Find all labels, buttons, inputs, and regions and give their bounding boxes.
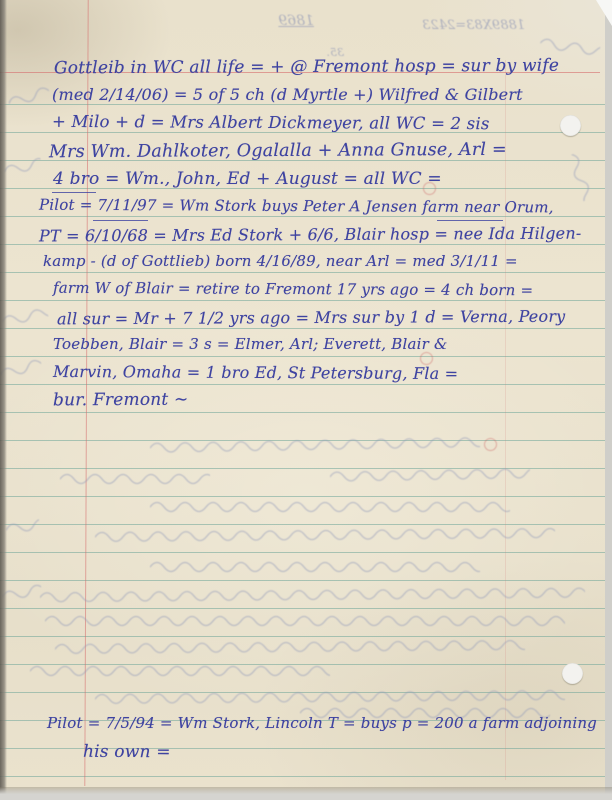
handwriting-underline — [52, 192, 96, 193]
handwriting-line: Toebben, Blair = 3 s = Elmer, Arl; Evere… — [53, 335, 448, 353]
bleedthrough-scribble — [30, 664, 330, 678]
handwriting-line: Marvin, Omaha = 1 bro Ed, St Petersburg,… — [53, 362, 458, 383]
handwriting-line: + Milo + d = Mrs Albert Dickmeyer, all W… — [52, 112, 490, 133]
bleedthrough-scribble — [150, 435, 480, 455]
bleedthrough-scribble — [60, 472, 210, 486]
bleedthrough-scribble — [1, 305, 49, 328]
handwriting-line: Pilot = 7/5/94 = Wm Stork, Lincoln T = b… — [47, 714, 597, 732]
bleedthrough-scribble — [5, 517, 41, 537]
handwriting-line: all sur = Mr + 7 1/2 yrs ago = Mrs sur b… — [57, 307, 565, 329]
handwriting-line: 4 bro = Wm., John, Ed + August = all WC … — [53, 169, 442, 189]
handwriting-line: Mrs Wm. Dahlkoter, Ogalalla + Anna Gnuse… — [49, 140, 507, 162]
handwriting-line: Pilot = 7/11/97 = Wm Stork buys Peter A … — [39, 196, 554, 217]
bleedthrough-scribble — [45, 614, 565, 628]
handwriting-line: bur. Fremont ~ — [53, 390, 189, 411]
bleedthrough-scribble — [55, 638, 525, 656]
bleedthrough-scribble — [95, 688, 565, 706]
handwriting-line: PT = 6/10/68 = Mrs Ed Stork + 6/6, Blair… — [39, 224, 582, 246]
handwriting-line: farm W of Blair = retire to Fremont 17 y… — [53, 279, 533, 300]
bleedthrough-scribble — [7, 84, 51, 110]
bleedthrough-scribble — [330, 466, 530, 483]
handwriting-line: Gottleib in WC all life = + @ Fremont ho… — [54, 56, 559, 79]
red-circle-mark-bleed — [484, 438, 497, 451]
handwriting-underline — [437, 220, 503, 221]
hole-punch — [560, 115, 581, 136]
bleedthrough-scribble — [3, 156, 43, 179]
handwriting-line: (med 2/14/06) = 5 of 5 ch (d Myrtle +) W… — [52, 85, 523, 104]
scanned-note-page: 1889X83=2423186935. Gottleib in WC all l… — [0, 0, 612, 800]
bleedthrough-scribble — [40, 586, 585, 605]
handwriting-line: kamp - (d of Gottlieb) born 4/16/89, nea… — [43, 252, 518, 270]
bleedthrough-scribble — [1, 582, 43, 604]
bleedthrough-scribble — [95, 526, 555, 544]
handwriting-line: his own = — [83, 742, 171, 762]
scan-edge-left — [0, 0, 7, 800]
handwriting-underline — [93, 220, 148, 221]
bleedthrough-text: 1889X83=2423 — [410, 18, 525, 33]
scan-edge-bottom — [0, 787, 612, 800]
scan-edge-right — [605, 0, 612, 800]
bleedthrough-text: 1869 — [260, 13, 314, 29]
hole-punch — [562, 663, 583, 684]
bleedthrough-scribble — [565, 152, 595, 202]
bleedthrough-scribble — [150, 500, 510, 514]
verso-margin-line-bleed — [505, 60, 506, 780]
bleedthrough-scribble — [150, 560, 480, 574]
